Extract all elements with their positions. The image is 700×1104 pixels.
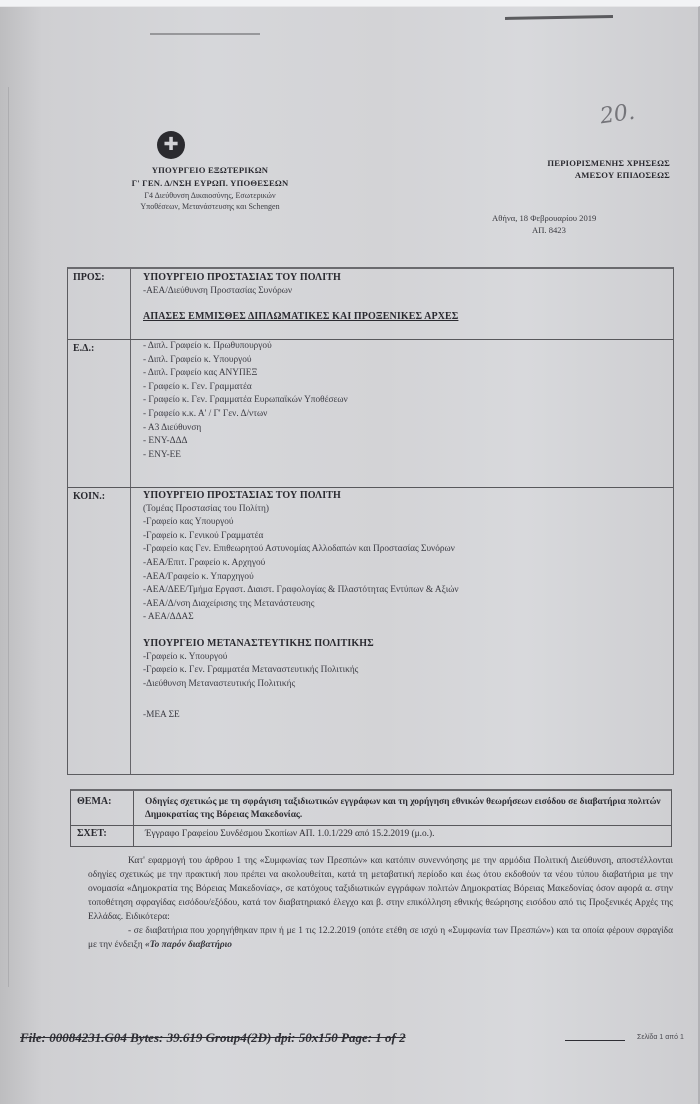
list-item: - Γραφείο κ. Γεν. Γραμματέα [143, 381, 668, 395]
thema-label: ΘΕΜΑ: [77, 796, 111, 807]
scan-artifact-line [505, 15, 613, 20]
list-item: - ΑΕΑ/ΔΔΑΣ [143, 611, 668, 625]
document-date: Αθήνα, 18 Φεβρουαρίου 2019 [492, 212, 642, 224]
list-item: - Διπλ. Γραφείο κ. Πρωθυπουργού [143, 340, 668, 354]
list-item: - ΕΝΥ-ΔΔΔ [143, 435, 668, 449]
handwritten-mark: 20. [598, 100, 636, 130]
list-item: (Τομέας Προστασίας του Πολίτη) [143, 503, 668, 517]
date-block: Αθήνα, 18 Φεβρουαρίου 2019 ΑΠ. 8423 [492, 212, 642, 236]
file-info: File: 00084231.G04 Bytes: 39.619 Group4(… [20, 1030, 406, 1045]
list-item: -ΑΕΑ/ΔΕΕ/Τμήμα Εργαστ. Διαιστ. Γραφολογί… [143, 584, 668, 598]
ed-content: - Διπλ. Γραφείο κ. Πρωθυπουργού - Διπλ. … [143, 340, 668, 462]
sxet-text: Έγγραφο Γραφείου Συνδέσμου Σκοπίων ΑΠ. 1… [145, 828, 665, 841]
row-divider [71, 825, 671, 826]
ed-label: Ε.Δ.: [73, 343, 94, 354]
body-text: Κατ' εφαρμογή του άρθρου 1 της «Συμφωνία… [88, 854, 673, 952]
list-item: -Γραφείο κας Υπουργού [143, 516, 668, 530]
reference-number: ΑΠ. 8423 [492, 224, 642, 236]
sub-directorate: Υποθέσεων, Μετανάστευσης και Schengen [90, 201, 330, 212]
koin-content: ΥΠΟΥΡΓΕΙΟ ΠΡΟΣΤΑΣΙΑΣ ΤΟΥ ΠΟΛΙΤΗ (Τομέας … [143, 489, 668, 723]
list-item: - Διπλ. Γραφείο κ. Υπουργού [143, 354, 668, 368]
body-paragraph: Κατ' εφαρμογή του άρθρου 1 της «Συμφωνία… [88, 854, 673, 924]
list-item: - Γραφείο κ.κ. Α' / Γ' Γεν. Δ/ντων [143, 408, 668, 422]
list-item: -Διεύθυνση Μεταναστευτικής Πολιτικής [143, 678, 668, 692]
list-item: -ΑΕΑ/Επιτ. Γραφείο κ. Αρχηγού [143, 557, 668, 571]
footer-rule [565, 1040, 625, 1041]
list-item: - ΕΝΥ-ΕΕ [143, 449, 668, 463]
list-item: -ΜΕΑ ΣΕ [143, 709, 668, 723]
list-item: -Γραφείο κ. Υπουργού [143, 651, 668, 665]
pros-label: ΠΡΟΣ: [73, 272, 105, 283]
column-divider [130, 269, 131, 774]
directorate-name: Γ' ΓΕΝ. Δ/ΝΣΗ ΕΥΡΩΠ. ΥΠΟΘΕΣΕΩΝ [90, 177, 330, 190]
scan-artifact-line [150, 33, 260, 35]
ministry-header: ΥΠΟΥΡΓΕΙΟ ΕΞΩΤΕΡΙΚΩΝ Γ' ΓΕΝ. Δ/ΝΣΗ ΕΥΡΩΠ… [90, 164, 330, 212]
column-divider [133, 791, 134, 846]
ministry-name: ΥΠΟΥΡΓΕΙΟ ΕΞΩΤΕΡΙΚΩΝ [90, 164, 330, 177]
list-item: - Διπλ. Γραφείο κας ΑΝΥΠΕΞ [143, 367, 668, 381]
body-paragraph: - σε διαβατήρια που χορηγήθηκαν πριν ή μ… [88, 924, 673, 952]
greek-coat-of-arms-icon: ✚ [157, 131, 185, 159]
fax-footer: File: 00084231.G04 Bytes: 39.619 Group4(… [20, 1030, 406, 1046]
list-item: -ΑΕΑ/Γραφείο κ. Υπαρχηγού [143, 571, 668, 585]
page-note: Σελίδα 1 από 1 [637, 1034, 684, 1041]
koin-label: ΚΟΙΝ.: [73, 491, 105, 502]
pros-content: ΥΠΟΥΡΓΕΙΟ ΠΡΟΣΤΑΣΙΑΣ ΤΟΥ ΠΟΛΙΤΗ -ΑΕΑ/Διε… [143, 271, 668, 324]
list-item: -Γραφείο κας Γεν. Επιθεωρητού Αστυνομίας… [143, 543, 668, 557]
thema-text: Οδηγίες σχετικώς με τη σφράγιση ταξιδιωτ… [145, 796, 665, 822]
recipients-table: ΠΡΟΣ: ΥΠΟΥΡΓΕΙΟ ΠΡΟΣΤΑΣΙΑΣ ΤΟΥ ΠΟΛΙΤΗ -Α… [67, 267, 674, 775]
sub-directorate: Γ4 Διεύθυνση Δικαιοσύνης, Εσωτερικών [90, 190, 330, 201]
list-item: -Γραφείο κ. Γενικού Γραμματέα [143, 530, 668, 544]
classification-block: ΠΕΡΙΟΡΙΣΜΕΝΗΣ ΧΡΗΣΕΩΣ ΑΜΕΣΟΥ ΕΠΙΔΟΣΕΩΣ [490, 157, 670, 181]
list-item: - Γραφείο κ. Γεν. Γραμματέα Ευρωπαϊκών Υ… [143, 394, 668, 408]
scan-edge-line [8, 87, 9, 987]
row-divider [68, 487, 673, 488]
sxet-label: ΣΧΕΤ: [77, 828, 107, 839]
subject-table: ΘΕΜΑ: Οδηγίες σχετικώς με τη σφράγιση τα… [70, 789, 672, 847]
list-item: -Γραφείο κ. Γεν. Γραμματέα Μεταναστευτικ… [143, 664, 668, 678]
list-item: - Α3 Διεύθυνση [143, 422, 668, 436]
list-item: -ΑΕΑ/Δ/νση Διαχείρισης της Μετανάστευσης [143, 598, 668, 612]
